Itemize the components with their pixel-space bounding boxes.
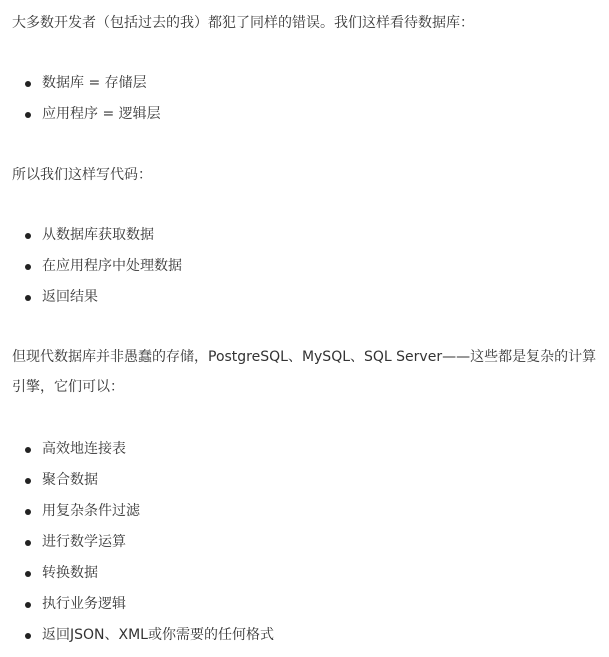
database-view-list: 数据库 = 存储层 应用程序 = 逻辑层 bbox=[12, 68, 161, 130]
list-item: 用复杂条件过滤 bbox=[42, 496, 274, 527]
list-item: 聚合数据 bbox=[42, 465, 274, 496]
list-item: 返回JSON、XML或你需要的任何格式 bbox=[42, 620, 274, 651]
list-item: 从数据库获取数据 bbox=[42, 220, 182, 251]
list-item: 返回结果 bbox=[42, 282, 182, 313]
list-item: 进行数学运算 bbox=[42, 527, 274, 558]
code-paragraph: 所以我们这样写代码： bbox=[12, 160, 152, 190]
list-item: 执行业务逻辑 bbox=[42, 589, 274, 620]
list-item: 数据库 = 存储层 bbox=[42, 68, 161, 99]
list-item: 转换数据 bbox=[42, 558, 274, 589]
list-item: 应用程序 = 逻辑层 bbox=[42, 99, 161, 130]
intro-paragraph: 大多数开发者（包括过去的我）都犯了同样的错误。我们这样看待数据库： bbox=[12, 8, 474, 38]
modern-db-paragraph: 但现代数据库并非愚蠢的存储，PostgreSQL、MySQL、SQL Serve… bbox=[12, 342, 602, 402]
code-steps-list: 从数据库获取数据 在应用程序中处理数据 返回结果 bbox=[12, 220, 182, 313]
list-item: 高效地连接表 bbox=[42, 434, 274, 465]
capabilities-list: 高效地连接表 聚合数据 用复杂条件过滤 进行数学运算 转换数据 执行业务逻辑 返… bbox=[12, 434, 274, 651]
list-item: 在应用程序中处理数据 bbox=[42, 251, 182, 282]
